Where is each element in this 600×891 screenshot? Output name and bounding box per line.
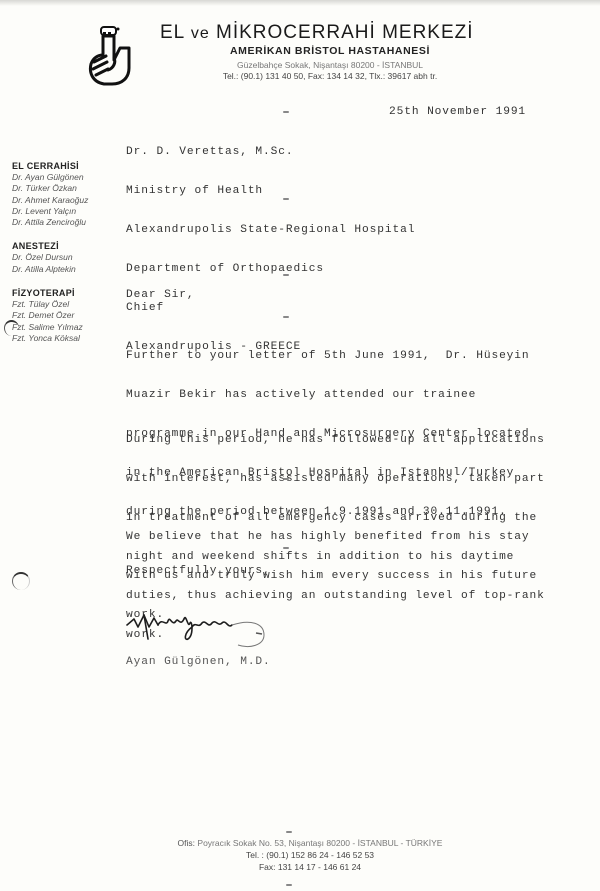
office-address: Poyracık Sokak No. 53, Nişantaşı 80200 -… [197, 838, 442, 848]
staff-name: Fzt. Demet Özer [12, 310, 122, 321]
recipient-line: Ministry of Health [126, 185, 415, 198]
fold-mark [283, 198, 289, 200]
text-line: Further to your letter of 5th June 1991,… [126, 350, 530, 363]
staff-name: Fzt. Salime Yılmaz [12, 322, 122, 333]
staff-name: Dr. Levent Yalçın [12, 206, 122, 217]
staff-name: Dr. Türker Özkan [12, 183, 122, 194]
fold-mark [283, 547, 289, 549]
fold-mark [283, 478, 289, 480]
office-label: Ofis: [178, 838, 195, 848]
title-main: MİKROCERRAHİ MERKEZİ [216, 22, 474, 43]
fold-mark [283, 274, 289, 276]
fold-mark [283, 111, 289, 113]
staff-heading: FİZYOTERAPİ [12, 288, 122, 299]
fold-mark [286, 884, 292, 886]
title-el: EL [160, 22, 185, 43]
staff-name: Fzt. Tülay Özel [12, 299, 122, 310]
text-line: Muazir Bekir has actively attended our t… [126, 389, 530, 402]
punch-hole-mark [4, 320, 19, 336]
letterhead-address: Güzelbahçe Sokak, Nişantaşı 80200 - İSTA… [180, 60, 480, 70]
title-ve: ve [191, 25, 210, 42]
recipient-line: Chief [126, 302, 415, 315]
signer-name: Ayan Gülgönen, M.D. [126, 656, 271, 668]
text-line: with interest, has assisted many operati… [126, 473, 545, 486]
recipient-line: Alexandrupolis State-Regional Hospital [126, 224, 415, 237]
letterhead-contact: Tel.: (90.1) 131 40 50, Fax: 134 14 32, … [168, 71, 492, 81]
footer-tel: Tel. : (90.1) 152 86 24 - 146 52 53 [100, 849, 520, 861]
text-line: We believe that he has highly benefited … [126, 531, 537, 544]
hospital-name: AMERİKAN BRİSTOL HASTAHANESİ [180, 45, 480, 57]
recipient-line: Dr. D. Verettas, M.Sc. [126, 146, 415, 159]
staff-name: Dr. Ayan Gülgönen [12, 172, 122, 183]
handwritten-signature [122, 605, 292, 650]
closing: Respectfully yours, [126, 565, 271, 577]
staff-sidebar: EL CERRAHİSİ Dr. Ayan Gülgönen Dr. Türke… [12, 161, 122, 357]
staff-name: Dr. Ahmet Karaoğuz [12, 195, 122, 206]
staff-name: Dr. Özel Dursun [12, 252, 122, 263]
fold-mark [283, 316, 289, 318]
staff-name: Fzt. Yonca Köksal [12, 333, 122, 344]
center-name: EL ve MİKROCERRAHİ MERKEZİ [160, 22, 460, 44]
punch-hole-mark [12, 572, 30, 590]
footer-fax: Fax: 131 14 17 - 146 61 24 [100, 861, 520, 873]
page-edge-shadow [0, 0, 600, 6]
recipient-line: Department of Orthopaedics [126, 263, 415, 276]
letter-date: 25th November 1991 [389, 106, 526, 118]
footer: Ofis: Poyracık Sokak No. 53, Nişantaşı 8… [100, 837, 520, 873]
fold-mark [286, 831, 292, 833]
staff-heading: ANESTEZİ [12, 241, 122, 252]
staff-heading: EL CERRAHİSİ [12, 161, 122, 172]
hand-finger-logo-icon [86, 22, 134, 88]
staff-name: Dr. Attila Zenciroğlu [12, 217, 122, 228]
salutation: Dear Sir, [126, 289, 195, 301]
staff-group-anesthesia: ANESTEZİ Dr. Özel Dursun Dr. Atilla Alpt… [12, 241, 122, 275]
footer-office-line: Ofis: Poyracık Sokak No. 53, Nişantaşı 8… [100, 837, 520, 849]
staff-group-physiotherapy: FİZYOTERAPİ Fzt. Tülay Özel Fzt. Demet Ö… [12, 288, 122, 344]
staff-name: Dr. Atilla Alptekin [12, 264, 122, 275]
text-line: During this period, he has followed-up a… [126, 434, 545, 447]
staff-group-hand-surgery: EL CERRAHİSİ Dr. Ayan Gülgönen Dr. Türke… [12, 161, 122, 228]
